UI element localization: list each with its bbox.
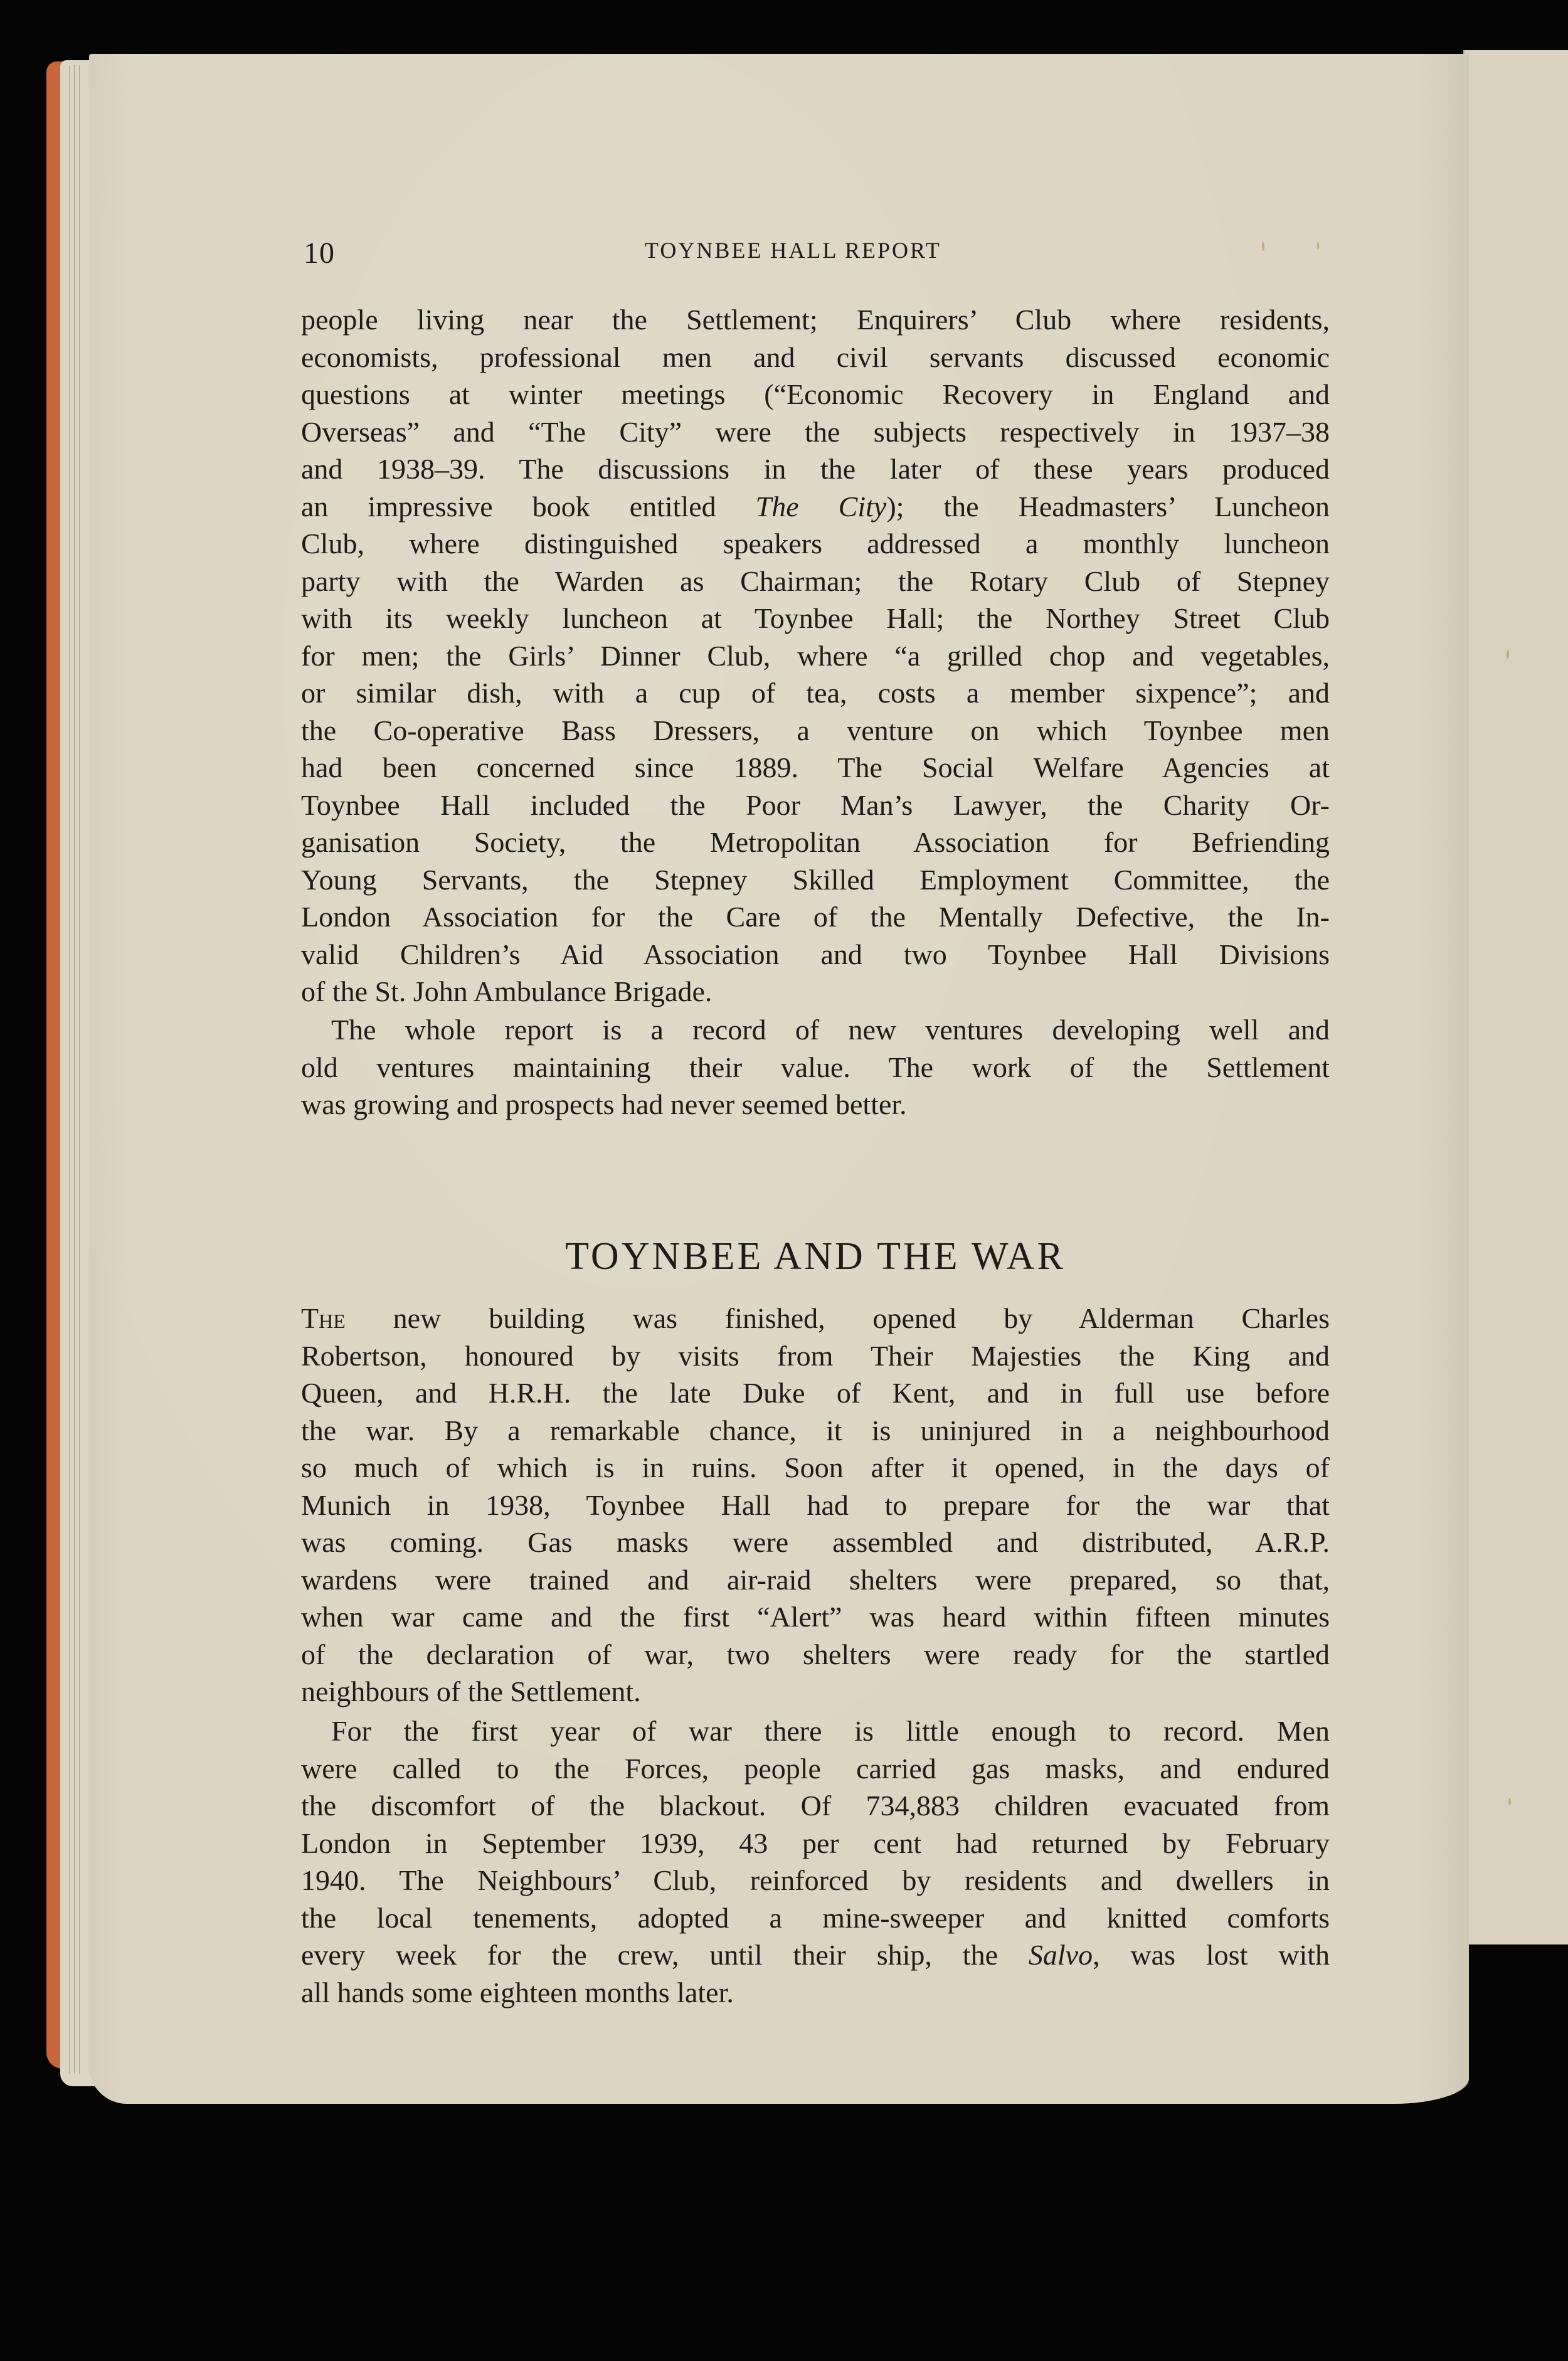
text-line: Overseas” and “The City” were the subjec… bbox=[301, 413, 1330, 451]
text-line: for men; the Girls’ Dinner Club, where “… bbox=[301, 637, 1330, 675]
text-line: people living near the Settlement; Enqui… bbox=[301, 301, 1330, 339]
text-line: the war. By a remarkable chance, it is u… bbox=[301, 1412, 1330, 1450]
text-line: 1940. The Neighbours’ Club, reinforced b… bbox=[301, 1862, 1330, 1899]
text-line: The new building was finished, opened by… bbox=[301, 1300, 1330, 1337]
closing-paragraph: The whole report is a record of new vent… bbox=[301, 1011, 1330, 1123]
facing-page-edge bbox=[1463, 50, 1568, 1945]
war-paragraph-2: For the first year of war there is littl… bbox=[301, 1712, 1330, 2011]
text-line: the local tenements, adopted a mine-swee… bbox=[301, 1899, 1330, 1937]
war-paragraph-1: The new building was finished, opened by… bbox=[301, 1300, 1330, 1711]
text-line: Queen, and H.R.H. the late Duke of Kent,… bbox=[301, 1374, 1330, 1412]
text-line: or similar dish, with a cup of tea, cost… bbox=[301, 674, 1330, 712]
section-heading: TOYNBEE AND THE WAR bbox=[301, 1234, 1330, 1279]
text-line: valid Children’s Aid Association and two… bbox=[301, 936, 1330, 974]
text-line: when war came and the first “Alert” was … bbox=[301, 1598, 1330, 1636]
text-line: Toynbee Hall included the Poor Man’s Law… bbox=[301, 787, 1330, 824]
text-line: London Association for the Care of the M… bbox=[301, 898, 1330, 936]
text-line: party with the Warden as Chairman; the R… bbox=[301, 563, 1330, 600]
text-line: an impressive book entitled The City); t… bbox=[301, 488, 1330, 526]
text-line: was coming. Gas masks were assembled and… bbox=[301, 1524, 1330, 1561]
text-line: the Co-operative Bass Dressers, a ventur… bbox=[301, 712, 1330, 750]
text-line: the discomfort of the blackout. Of 734,8… bbox=[301, 1787, 1330, 1825]
text-line: neighbours of the Settlement. bbox=[301, 1673, 1330, 1711]
scan-scene: 10 TOYNBEE HALL REPORT people living nea… bbox=[0, 0, 1568, 2361]
text-line: old ventures maintaining their value. Th… bbox=[301, 1049, 1330, 1086]
text-line: For the first year of war there is littl… bbox=[301, 1712, 1330, 1750]
text-line: Club, where distinguished speakers addre… bbox=[301, 525, 1330, 563]
text-line: ganisation Society, the Metropolitan Ass… bbox=[301, 824, 1330, 861]
italic-title: Salvo bbox=[1029, 1939, 1093, 1971]
text-line: and 1938–39. The discussions in the late… bbox=[301, 450, 1330, 488]
text-line: every week for the crew, until their shi… bbox=[301, 1936, 1330, 1974]
italic-title: The City bbox=[756, 491, 887, 523]
text-line: The whole report is a record of new vent… bbox=[301, 1011, 1330, 1049]
text-line: London in September 1939, 43 per cent ha… bbox=[301, 1825, 1330, 1862]
text-line: questions at winter meetings (“Economic … bbox=[301, 376, 1330, 413]
lead-small-caps: The bbox=[301, 1302, 346, 1334]
text-line: wardens were trained and air-raid shelte… bbox=[301, 1561, 1330, 1599]
text-line: all hands some eighteen months later. bbox=[301, 1974, 1330, 2012]
text-line: so much of which is in ruins. Soon after… bbox=[301, 1449, 1330, 1487]
text-line: were called to the Forces, people carrie… bbox=[301, 1750, 1330, 1788]
text-line: Munich in 1938, Toynbee Hall had to prep… bbox=[301, 1487, 1330, 1524]
text-line: was growing and prospects had never seem… bbox=[301, 1086, 1330, 1123]
text-line: Young Servants, the Stepney Skilled Empl… bbox=[301, 861, 1330, 899]
text-line: had been concerned since 1889. The Socia… bbox=[301, 749, 1330, 787]
text-line: economists, professional men and civil s… bbox=[301, 339, 1330, 376]
text-line: with its weekly luncheon at Toynbee Hall… bbox=[301, 600, 1330, 637]
text-line: of the St. John Ambulance Brigade. bbox=[301, 973, 1330, 1011]
text-line: of the declaration of war, two shelters … bbox=[301, 1636, 1330, 1674]
section-1-text: people living near the Settlement; Enqui… bbox=[301, 301, 1330, 1011]
page-number: 10 bbox=[304, 236, 335, 270]
running-head: 10 TOYNBEE HALL REPORT bbox=[300, 233, 1328, 271]
text-line: Robertson, honoured by visits from Their… bbox=[301, 1337, 1330, 1375]
running-title: TOYNBEE HALL REPORT bbox=[645, 237, 941, 263]
